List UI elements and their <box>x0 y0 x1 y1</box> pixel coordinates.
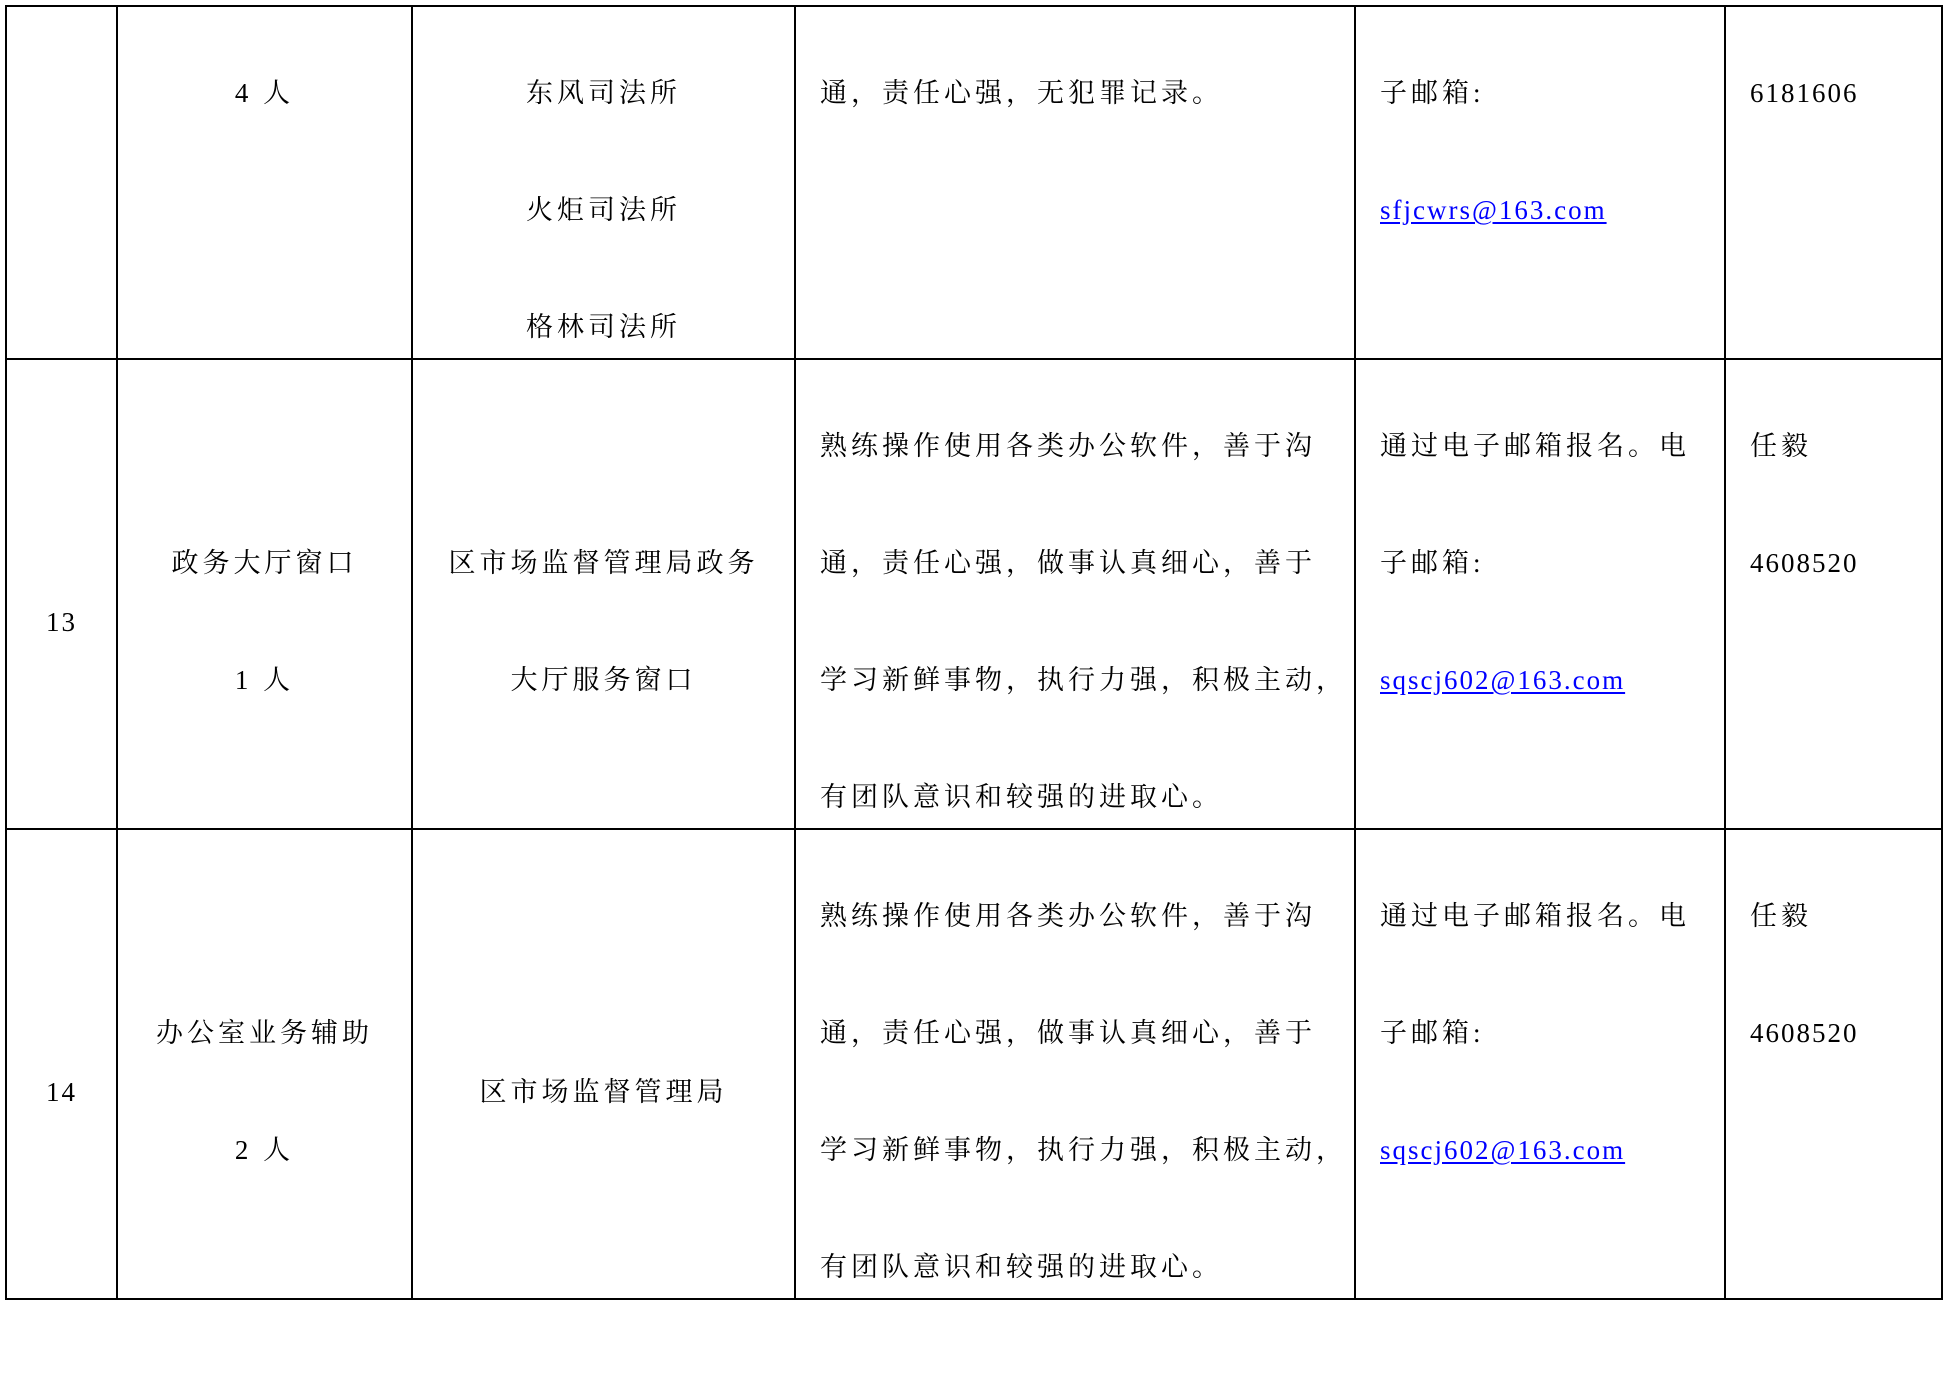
cell-position: 政务大厅窗口 1 人 <box>117 359 412 829</box>
signup-email-line: sqscj602@163.com <box>1356 594 1724 711</box>
cell-number: 14 <box>6 829 117 1299</box>
cell-number: 13 <box>6 359 117 829</box>
signup-line: 子邮箱: <box>1356 7 1724 124</box>
row-number <box>7 124 116 241</box>
contact-phone: 6181606 <box>1726 7 1941 124</box>
signup-line: 通过电子邮箱报名。电 <box>1356 830 1724 947</box>
requirement-line: 通，责任心强，无犯罪记录。 <box>796 7 1354 124</box>
location-line: 格林司法所 <box>413 241 794 358</box>
signup-line: 子邮箱: <box>1356 947 1724 1064</box>
cell-location: 东风司法所 火炬司法所 格林司法所 <box>412 6 795 359</box>
cell-location: 区市场监督管理局政务 大厅服务窗口 <box>412 359 795 829</box>
requirement-line: 学习新鲜事物，执行力强，积极主动， <box>796 594 1354 711</box>
position-headcount: 2 人 <box>118 1064 411 1181</box>
requirement-line: 有团队意识和较强的进取心。 <box>796 1181 1354 1298</box>
row-number: 14 <box>7 1006 116 1123</box>
cell-requirement: 熟练操作使用各类办公软件，善于沟 通，责任心强，做事认真细心，善于 学习新鲜事物… <box>795 359 1355 829</box>
requirement-line: 通，责任心强，做事认真细心，善于 <box>796 947 1354 1064</box>
requirement-line: 有团队意识和较强的进取心。 <box>796 711 1354 828</box>
email-link[interactable]: sqscj602@163.com <box>1380 1137 1625 1164</box>
contact-phone: 4608520 <box>1726 477 1941 594</box>
requirement-line: 学习新鲜事物，执行力强，积极主动， <box>796 1064 1354 1181</box>
cell-requirement: 通，责任心强，无犯罪记录。 <box>795 6 1355 359</box>
position-title: 办公室业务辅助 <box>118 947 411 1064</box>
location-line: 区市场监督管理局政务 <box>413 477 794 594</box>
signup-line: 通过电子邮箱报名。电 <box>1356 360 1724 477</box>
cell-contact: 任毅 4608520 <box>1725 829 1942 1299</box>
email-link[interactable]: sqscj602@163.com <box>1380 667 1625 694</box>
table-row: 4 人 东风司法所 火炬司法所 格林司法所 通，责任心强，无犯罪记录。 子邮箱:… <box>6 6 1942 359</box>
location-line: 火炬司法所 <box>413 124 794 241</box>
location-line: 大厅服务窗口 <box>413 594 794 711</box>
signup-email-line: sfjcwrs@163.com <box>1356 124 1724 241</box>
cell-contact: 6181606 <box>1725 6 1942 359</box>
cell-location: 区市场监督管理局 <box>412 829 795 1299</box>
cell-number <box>6 6 117 359</box>
recruitment-table: 4 人 东风司法所 火炬司法所 格林司法所 通，责任心强，无犯罪记录。 子邮箱:… <box>5 5 1943 1300</box>
email-link[interactable]: sfjcwrs@163.com <box>1380 197 1607 224</box>
location-line: 区市场监督管理局 <box>413 1006 794 1123</box>
contact-name: 任毅 <box>1726 830 1941 947</box>
signup-line: 子邮箱: <box>1356 477 1724 594</box>
position-title: 政务大厅窗口 <box>118 477 411 594</box>
cell-signup: 子邮箱: sfjcwrs@163.com <box>1355 6 1725 359</box>
cell-signup: 通过电子邮箱报名。电 子邮箱: sqscj602@163.com <box>1355 359 1725 829</box>
signup-email-line: sqscj602@163.com <box>1356 1064 1724 1181</box>
cell-position: 4 人 <box>117 6 412 359</box>
requirement-line: 通，责任心强，做事认真细心，善于 <box>796 477 1354 594</box>
table-row: 14 办公室业务辅助 2 人 区市场监督管理局 熟练操作使用各类办公软件，善于沟… <box>6 829 1942 1299</box>
cell-signup: 通过电子邮箱报名。电 子邮箱: sqscj602@163.com <box>1355 829 1725 1299</box>
position-headcount: 4 人 <box>118 7 411 124</box>
cell-requirement: 熟练操作使用各类办公软件，善于沟 通，责任心强，做事认真细心，善于 学习新鲜事物… <box>795 829 1355 1299</box>
location-line: 东风司法所 <box>413 7 794 124</box>
cell-contact: 任毅 4608520 <box>1725 359 1942 829</box>
requirement-line: 熟练操作使用各类办公软件，善于沟 <box>796 360 1354 477</box>
requirement-line: 熟练操作使用各类办公软件，善于沟 <box>796 830 1354 947</box>
table-row: 13 政务大厅窗口 1 人 区市场监督管理局政务 大厅服务窗口 熟练操作使用各类… <box>6 359 1942 829</box>
row-number: 13 <box>7 536 116 653</box>
contact-name: 任毅 <box>1726 360 1941 477</box>
cell-position: 办公室业务辅助 2 人 <box>117 829 412 1299</box>
position-headcount: 1 人 <box>118 594 411 711</box>
contact-phone: 4608520 <box>1726 947 1941 1064</box>
